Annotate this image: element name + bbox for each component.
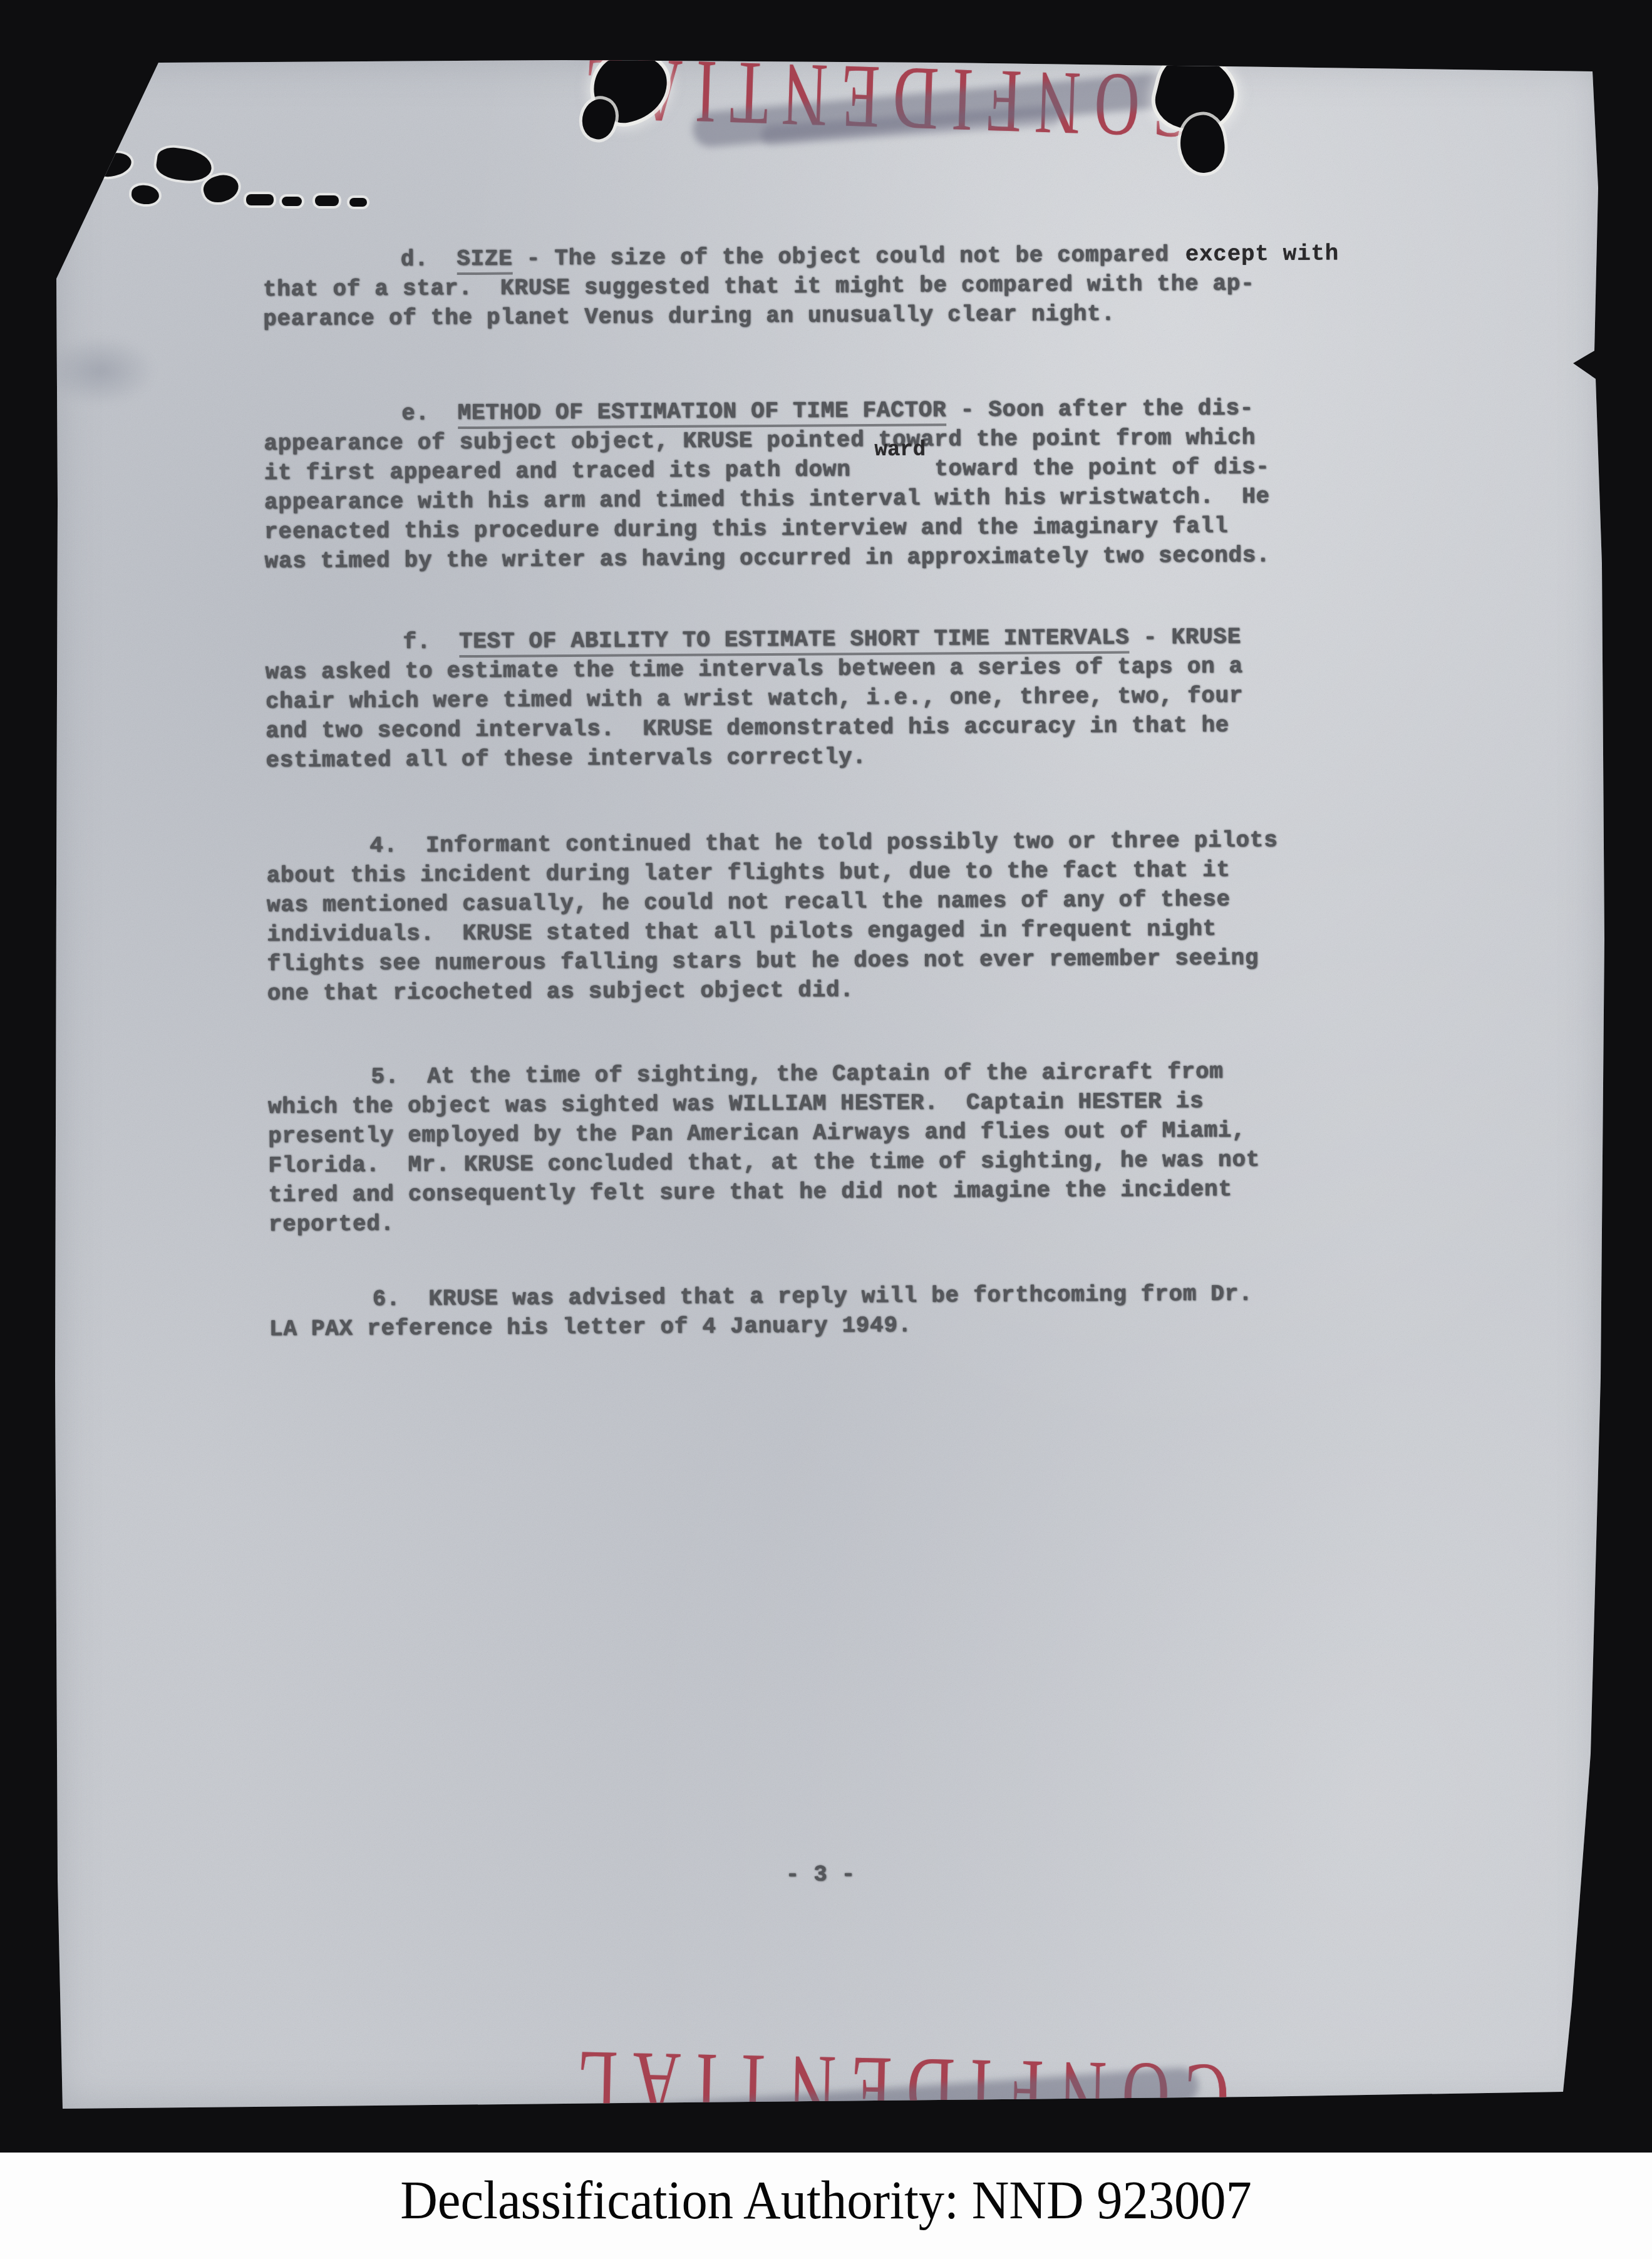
typed-insertion-ward: ward: [874, 438, 926, 462]
typed-line: LA PAX reference his letter of 4 January…: [269, 1308, 1371, 1344]
paragraph-label: 6.: [373, 1286, 401, 1312]
typed-text: - KRUSE: [1129, 624, 1241, 650]
paragraph-5: 5.At the time of sighting, the Captain o…: [267, 1056, 1371, 1239]
typed-line: estimated all of these intervals correct…: [266, 739, 1368, 775]
first-line-indent: [269, 1305, 373, 1306]
underlined-heading: SIZE: [457, 246, 512, 276]
typed-text: Informant continued that he told possibl…: [426, 827, 1278, 858]
paragraph-label: 5.: [371, 1064, 399, 1090]
typed-line: one that ricocheted as subject object di…: [267, 972, 1370, 1008]
first-line-indent: [265, 648, 403, 649]
first-line-indent: [268, 1082, 371, 1083]
typed-text: KRUSE was advised that a reply will be f…: [428, 1281, 1252, 1311]
typed-text-layer: d.SIZE - The size of the object could no…: [0, 0, 1652, 2259]
paragraph-d: d.SIZE - The size of the object could no…: [262, 239, 1365, 334]
first-line-indent: [264, 419, 401, 420]
footer-text: Declassification Authority: NND 923007: [33, 2169, 1619, 2231]
paragraph-label: f.: [403, 629, 431, 654]
first-line-indent: [266, 851, 369, 852]
underlined-heading: METHOD OF ESTIMATION OF TIME FACTOR: [458, 397, 947, 429]
paragraph-label: 4.: [369, 833, 398, 859]
paragraph-label: e.: [401, 400, 430, 426]
typed-text: - The size of the object could not be co…: [512, 242, 1169, 271]
page-number: - 3 -: [695, 1859, 946, 1889]
paragraph-f: f.TEST OF ABILITY TO ESTIMATE SHORT TIME…: [265, 621, 1368, 775]
typed-text: At the time of sighting, the Captain of …: [427, 1059, 1224, 1090]
typed-text: - Soon after the dis-: [946, 395, 1254, 423]
typed-line: was timed by the writer as having occurr…: [264, 540, 1366, 576]
typed-line: pearance of the planet Venus during an u…: [263, 297, 1365, 334]
typed-insertion: except with: [1185, 240, 1340, 267]
paragraph-4: 4.Informant continued that he told possi…: [266, 825, 1370, 1008]
declassification-footer: Declassification Authority: NND 923007: [0, 2153, 1652, 2259]
paragraph-6: 6.KRUSE was advised that a reply will be…: [269, 1278, 1372, 1344]
paragraph-e: e.METHOD OF ESTIMATION OF TIME FACTOR - …: [264, 393, 1367, 576]
paragraph-label: d.: [400, 246, 428, 272]
first-line-indent: [263, 265, 401, 266]
